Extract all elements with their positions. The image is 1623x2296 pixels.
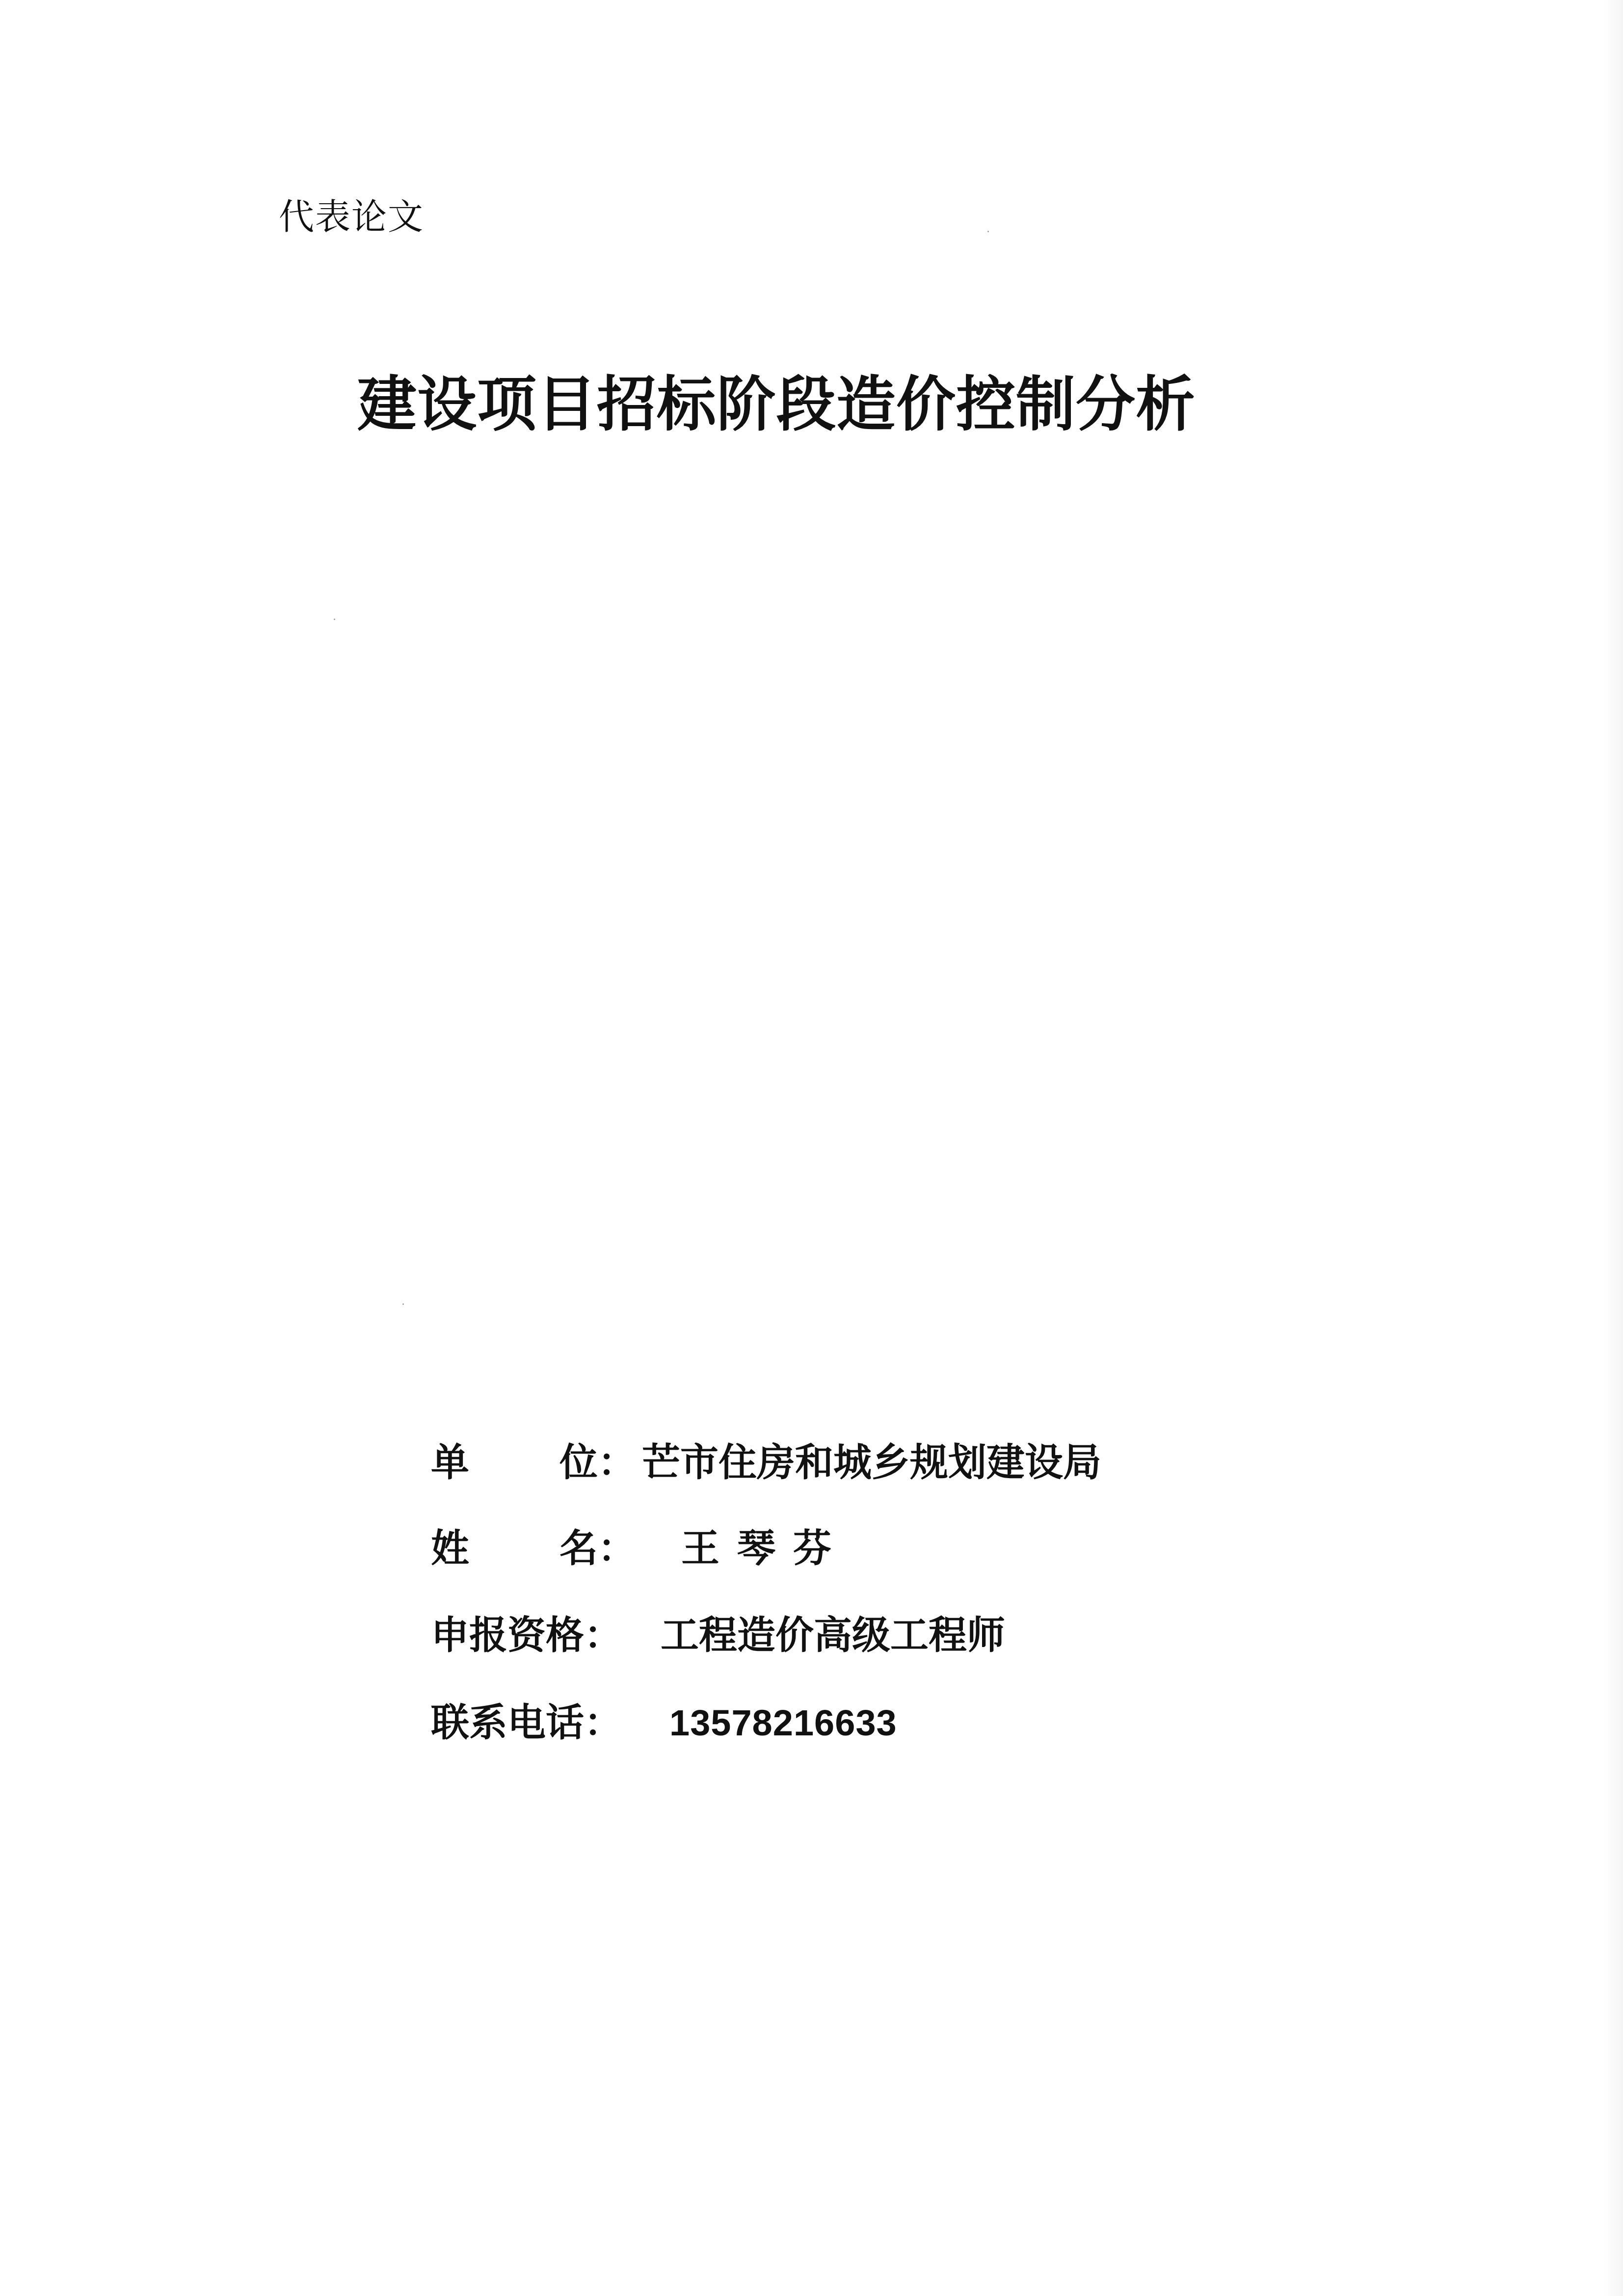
name-value: 王琴芬 xyxy=(681,1524,849,1573)
qualification-label: 申报资格： xyxy=(431,1611,622,1660)
document-page: 代表论文 建设项目招标阶段造价控制分析 单 位： 芒市住房和城乡规划建设局 姓 … xyxy=(0,0,1623,2296)
scan-speck xyxy=(987,231,989,232)
scan-speck xyxy=(334,619,335,620)
qualification-value: 工程造价高级工程师 xyxy=(661,1611,1005,1660)
phone-value: 13578216633 xyxy=(669,1699,897,1748)
scan-speck xyxy=(402,1303,404,1305)
unit-value: 芒市住房和城乡规划建设局 xyxy=(642,1438,1101,1487)
phone-label: 联系电话： xyxy=(431,1699,622,1748)
scan-edge-shadow xyxy=(1603,0,1623,2296)
category-label: 代表论文 xyxy=(279,199,424,234)
document-title: 建设项目招标阶段造价控制分析 xyxy=(357,374,1196,433)
